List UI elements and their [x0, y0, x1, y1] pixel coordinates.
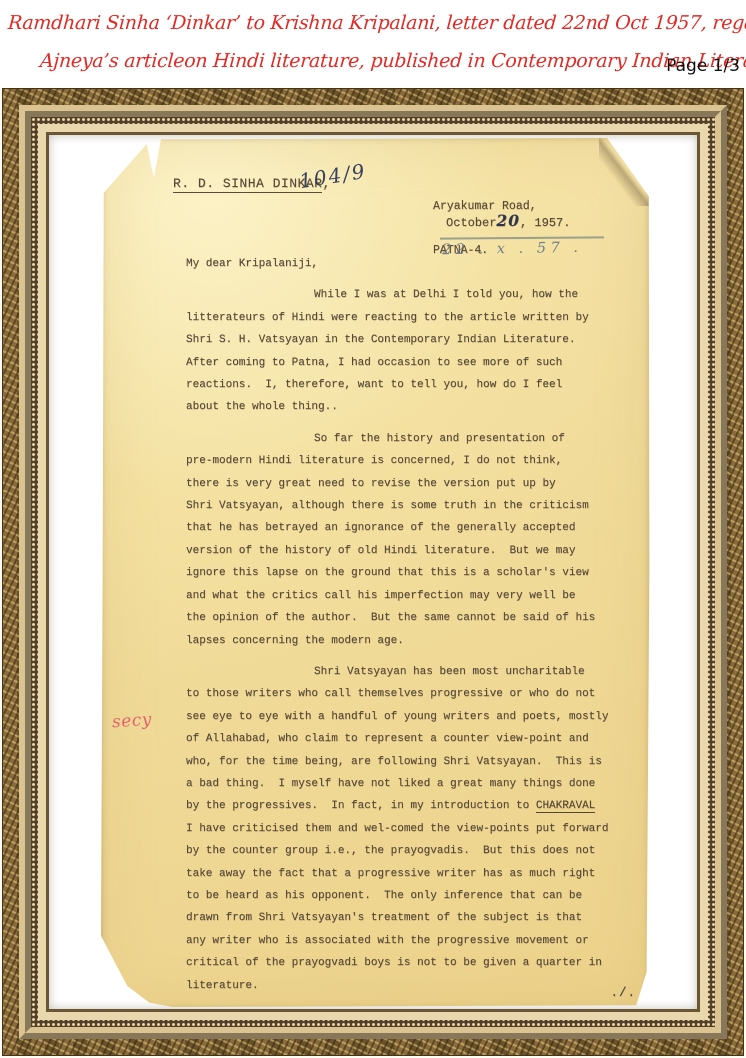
- letter-line: and what the critics call his imperfecti…: [186, 585, 651, 607]
- margin-note-handwritten: secy: [111, 710, 152, 733]
- letter-paragraph: While I was at Delhi I told you, how the…: [186, 275, 651, 418]
- letter-line: literature.: [186, 975, 651, 997]
- frame-edge: R. D. SINHA DINKAR, 104/9 Aryakumar Road…: [46, 132, 700, 1012]
- letter-line: drawn from Shri Vatsyayan's treatment of…: [186, 907, 651, 929]
- date-month: October: [446, 216, 496, 230]
- letter-line: pre-modern Hindi literature is concerned…: [186, 450, 651, 472]
- letter-line: to be heard as his opponent. The only in…: [186, 885, 651, 907]
- caption-line-2: Ajneya’s articleon Hindi literature, pub…: [39, 50, 746, 72]
- letter-line: to those writers who call themselves pro…: [186, 683, 651, 705]
- letter-line: Shri S. H. Vatsyayan in the Contemporary…: [186, 329, 651, 351]
- letter-line: who, for the time being, are following S…: [186, 751, 651, 773]
- frame-inner-band: R. D. SINHA DINKAR, 104/9 Aryakumar Road…: [19, 105, 727, 1039]
- letter-line: After coming to Patna, I had occasion to…: [186, 352, 651, 374]
- letter-line: that he has betrayed an ignorance of the…: [186, 517, 651, 539]
- letter-line: of Allahabad, who claim to represent a c…: [186, 728, 651, 750]
- salutation: My dear Kripalaniji,: [186, 253, 651, 275]
- letter-line: ignore this lapse on the ground that thi…: [186, 562, 651, 584]
- matte: R. D. SINHA DINKAR, 104/9 Aryakumar Road…: [49, 135, 697, 1009]
- page-continuation-mark: ./.: [610, 986, 636, 1000]
- letter-line: version of the history of old Hindi lite…: [186, 540, 651, 562]
- letter-line: there is very great need to revise the v…: [186, 473, 651, 495]
- letter-paragraph: Shri Vatsyayan has been most uncharitabl…: [186, 652, 651, 997]
- scanned-letter-page: Ramdhari Sinha ‘Dinkar’ to Krishna Kripa…: [0, 0, 746, 1058]
- letter-paragraph: So far the history and presentation ofpr…: [186, 419, 651, 652]
- letter-line: a bad thing. I myself have not liked a g…: [186, 773, 651, 795]
- ref-note-handwritten: 104/9: [298, 159, 369, 193]
- letter-line: While I was at Delhi I told you, how the: [186, 284, 651, 306]
- date-day-overwritten: 20: [496, 211, 520, 230]
- letter-line: litterateurs of Hindi were reacting to t…: [186, 307, 651, 329]
- caption-area: Ramdhari Sinha ‘Dinkar’ to Krishna Kripa…: [0, 0, 746, 88]
- caption-line-1: Ramdhari Sinha ‘Dinkar’ to Krishna Kripa…: [7, 12, 746, 34]
- letter-line: by the progressives. In fact, in my intr…: [186, 795, 651, 817]
- letter-line: critical of the prayogvadi boys is not t…: [186, 952, 651, 974]
- letter-line: about the whole thing..: [186, 396, 651, 418]
- letter-line: the opinion of the author. But the same …: [186, 607, 651, 629]
- letter-line: I have criticised them and wel-comed the…: [186, 818, 651, 840]
- frame-light-band: R. D. SINHA DINKAR, 104/9 Aryakumar Road…: [38, 124, 708, 1020]
- date-year: , 1957.: [520, 216, 570, 230]
- frame-bead-band: R. D. SINHA DINKAR, 104/9 Aryakumar Road…: [31, 117, 715, 1027]
- page-indicator: Page 1/3: [666, 56, 740, 76]
- letter-paper: R. D. SINHA DINKAR, 104/9 Aryakumar Road…: [101, 138, 651, 1007]
- picture-frame: R. D. SINHA DINKAR, 104/9 Aryakumar Road…: [2, 88, 744, 1056]
- letter-line: Shri Vatsyayan has been most uncharitabl…: [186, 661, 651, 683]
- letter-line: So far the history and presentation of: [186, 428, 651, 450]
- letter-line: Shri Vatsyayan, although there is some t…: [186, 495, 651, 517]
- letter-line: lapses concerning the modern age.: [186, 630, 651, 652]
- typed-date: October20, 1957.: [446, 211, 570, 230]
- letter-line: any writer who is associated with the pr…: [186, 930, 651, 952]
- letter-body: My dear Kripalaniji, While I was at Delh…: [186, 253, 651, 997]
- letter-line: by the counter group i.e., the prayogvad…: [186, 840, 651, 862]
- letter-line: reactions. I, therefore, want to tell yo…: [186, 374, 651, 396]
- letter-line: see eye to eye with a handful of young w…: [186, 706, 651, 728]
- folded-corner: [599, 138, 651, 206]
- letter-line: take away the fact that a progressive wr…: [186, 863, 651, 885]
